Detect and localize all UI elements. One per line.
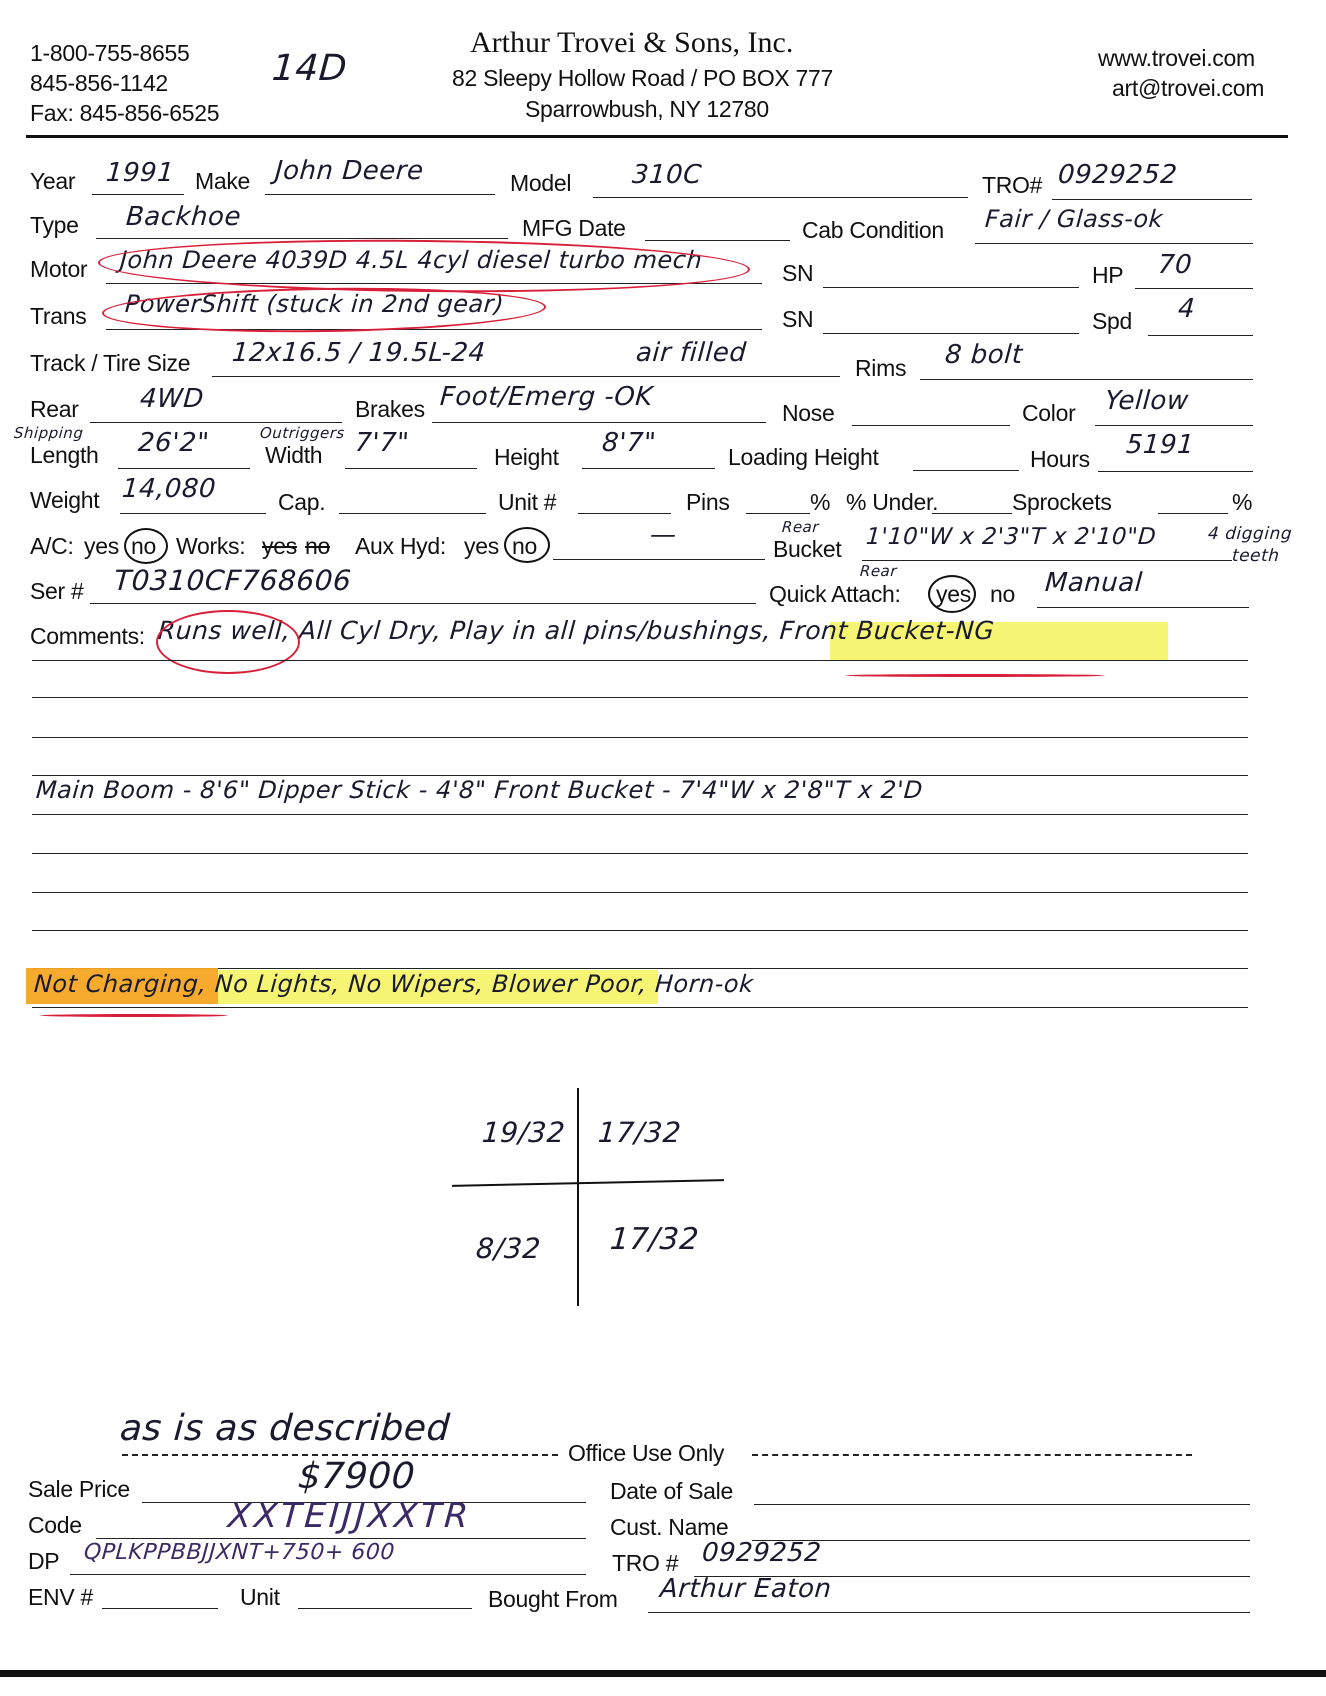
as-is-note: as is as described	[119, 1408, 452, 1449]
pins-percent: %	[810, 489, 830, 516]
comment-line-6	[32, 853, 1248, 854]
ac-label: A/C:	[30, 533, 74, 560]
spd-field[interactable]: 4	[1177, 294, 1196, 324]
office-tro-field[interactable]: 0929252	[701, 1538, 822, 1568]
bucket-prefix-note: Rear	[781, 518, 819, 536]
aux-hyd-label: Aux Hyd:	[355, 533, 446, 560]
tread-front-right: 17/32	[597, 1116, 683, 1149]
tread-vertical-line	[577, 1088, 579, 1306]
bought-from-label: Bought From	[488, 1586, 618, 1613]
sprockets-label: Sprockets	[1012, 489, 1112, 516]
bought-from-field[interactable]: Arthur Eaton	[659, 1574, 833, 1604]
rear-field[interactable]: 4WD	[139, 384, 205, 414]
quick-attach-yes-circle	[928, 575, 976, 613]
unit-label: Unit	[240, 1584, 280, 1611]
address-line1: 82 Sleepy Hollow Road / PO BOX 777	[452, 65, 833, 92]
comment-line-5	[32, 814, 1248, 815]
comment-line-1	[32, 660, 1248, 661]
aux-hyd-yes-option[interactable]: yes	[464, 533, 499, 560]
quick-attach-field[interactable]: Manual	[1044, 568, 1144, 598]
tread-rear-right: 17/32	[609, 1222, 700, 1257]
weight-label: Weight	[30, 487, 99, 514]
bucket-field[interactable]: 1'10"W x 2'3"T x 2'10"D	[865, 524, 1157, 550]
comment-line-7	[32, 892, 1248, 893]
note-lights-wipers-blower: No Lights, No Wipers, Blower Poor,	[206, 970, 648, 998]
year-field[interactable]: 1991	[105, 158, 175, 188]
bucket-note-line1: 4 digging	[1207, 524, 1293, 544]
note-not-charging: Not Charging,	[33, 970, 208, 998]
env-label: ENV #	[28, 1584, 93, 1611]
email[interactable]: art@trovei.com	[1112, 75, 1264, 102]
works-yes-option[interactable]: yes	[262, 533, 297, 560]
sale-price-label: Sale Price	[28, 1476, 130, 1503]
comment-condition: All Cyl Dry, Play in all pins/bushings,	[290, 616, 773, 645]
electrical-note[interactable]: Not Charging, No Lights, No Wipers, Blow…	[33, 970, 755, 998]
dimensions-note[interactable]: Main Boom - 8'6" Dipper Stick - 4'8" Fro…	[35, 776, 924, 804]
motor-sn-label: SN	[782, 260, 813, 287]
brakes-label: Brakes	[355, 396, 425, 423]
works-no-option[interactable]: no	[305, 533, 330, 560]
tread-front-left: 19/32	[481, 1116, 567, 1149]
address-line2: Sparrowbush, NY 12780	[525, 96, 769, 123]
works-label: Works:	[176, 533, 245, 560]
loading-height-label: Loading Height	[728, 444, 879, 471]
dp-label: DP	[28, 1548, 59, 1575]
sprockets-percent: %	[1232, 489, 1252, 516]
rims-label: Rims	[855, 355, 906, 382]
runs-well-red-circle	[156, 610, 300, 674]
cab-condition-field[interactable]: Fair / Glass-ok	[984, 205, 1164, 233]
comments-label: Comments:	[30, 623, 145, 650]
sale-price-field[interactable]: $7900	[297, 1456, 417, 1497]
model-label: Model	[510, 170, 571, 197]
height-label: Height	[494, 444, 559, 471]
tire-size-field[interactable]: 12x16.5 / 19.5L-24	[231, 338, 487, 368]
code-label: Code	[28, 1512, 82, 1539]
fax: Fax: 845-856-6525	[30, 100, 219, 127]
dp-field[interactable]: QPLKPPBBJJXNT+750+ 600	[83, 1540, 396, 1565]
type-label: Type	[30, 212, 79, 239]
rims-field[interactable]: 8 bolt	[944, 340, 1024, 370]
mfg-date-label: MFG Date	[522, 215, 626, 242]
office-use-label: Office Use Only	[568, 1440, 724, 1467]
comment-line-3	[32, 737, 1248, 738]
hours-field[interactable]: 5191	[1125, 430, 1195, 460]
rear-label: Rear	[30, 396, 79, 423]
date-of-sale-label: Date of Sale	[610, 1478, 733, 1505]
ac-no-circle	[124, 528, 168, 564]
quick-attach-label: Quick Attach:	[769, 581, 901, 608]
ser-field[interactable]: T0310CF768606	[113, 564, 353, 597]
color-label: Color	[1022, 400, 1075, 427]
note-horn: Horn-ok	[646, 970, 755, 998]
office-tro-label: TRO #	[612, 1550, 678, 1577]
type-field[interactable]: Backhoe	[125, 202, 242, 232]
aux-hyd-field[interactable]: —	[649, 520, 678, 550]
code-field[interactable]: XXTEIJJXXTR	[227, 1496, 473, 1536]
nose-label: Nose	[782, 400, 835, 427]
width-label: Width	[265, 442, 322, 469]
pins-label: Pins	[686, 489, 730, 516]
width-prefix-note: Outriggers	[259, 424, 345, 442]
cab-condition-label: Cab Condition	[802, 217, 944, 244]
tro-field[interactable]: 0929252	[1057, 160, 1178, 190]
header-divider	[26, 135, 1288, 138]
hp-label: HP	[1092, 262, 1123, 289]
cust-name-label: Cust. Name	[610, 1514, 728, 1541]
cap-label: Cap.	[278, 489, 325, 516]
length-label: Length	[30, 442, 99, 469]
tread-horizontal-line	[452, 1179, 724, 1187]
trans-sn-label: SN	[782, 306, 813, 333]
comment-line-2	[32, 697, 1248, 698]
hours-label: Hours	[1030, 446, 1090, 473]
comment-line-8	[32, 930, 1248, 931]
front-bucket-red-underline	[845, 674, 1105, 677]
comment-line-10	[32, 1007, 1248, 1008]
brakes-field[interactable]: Foot/Emerg -OK	[439, 382, 654, 412]
weight-field[interactable]: 14,080	[121, 474, 217, 504]
bucket-note-line2: teeth	[1231, 546, 1280, 566]
trans-label: Trans	[30, 303, 86, 330]
motor-label: Motor	[30, 256, 87, 283]
ser-label: Ser #	[30, 578, 83, 605]
phone-tollfree: 1-800-755-8655	[30, 40, 189, 67]
not-charging-red-underline	[40, 1014, 228, 1017]
make-label: Make	[195, 168, 250, 195]
bucket-label: Bucket	[773, 536, 842, 563]
make-field[interactable]: John Deere	[274, 156, 425, 186]
tire-size-label: Track / Tire Size	[30, 350, 190, 377]
phone: 845-856-1142	[30, 70, 168, 97]
color-field[interactable]: Yellow	[1104, 386, 1190, 416]
handwritten-note: 14D	[271, 48, 349, 89]
spd-label: Spd	[1092, 308, 1132, 335]
aux-hyd-no-circle	[504, 527, 550, 563]
height-field[interactable]: 8'7"	[601, 428, 657, 458]
tread-rear-left: 8/32	[475, 1232, 542, 1265]
tro-label: TRO#	[982, 172, 1042, 199]
length-field[interactable]: 26'2"	[137, 428, 210, 458]
quick-attach-prefix-note: Rear	[859, 562, 897, 580]
width-field[interactable]: 7'7"	[354, 428, 410, 458]
unit-no-label: Unit #	[498, 489, 556, 516]
length-prefix-note: Shipping	[13, 424, 84, 442]
ac-yes-option[interactable]: yes	[84, 533, 119, 560]
hp-field[interactable]: 70	[1157, 250, 1193, 280]
year-label: Year	[30, 168, 75, 195]
page-bottom-border	[0, 1670, 1326, 1677]
model-field[interactable]: 310C	[631, 160, 703, 190]
company-name: Arthur Trovei & Sons, Inc.	[470, 26, 793, 60]
quick-attach-no-option[interactable]: no	[990, 581, 1015, 608]
tire-note: air filled	[635, 338, 748, 368]
website[interactable]: www.trovei.com	[1098, 45, 1255, 72]
comment-front-bucket: Front Bucket-NG	[770, 616, 995, 645]
under-label: % Under.	[846, 489, 938, 516]
office-dash-right	[752, 1454, 1192, 1456]
